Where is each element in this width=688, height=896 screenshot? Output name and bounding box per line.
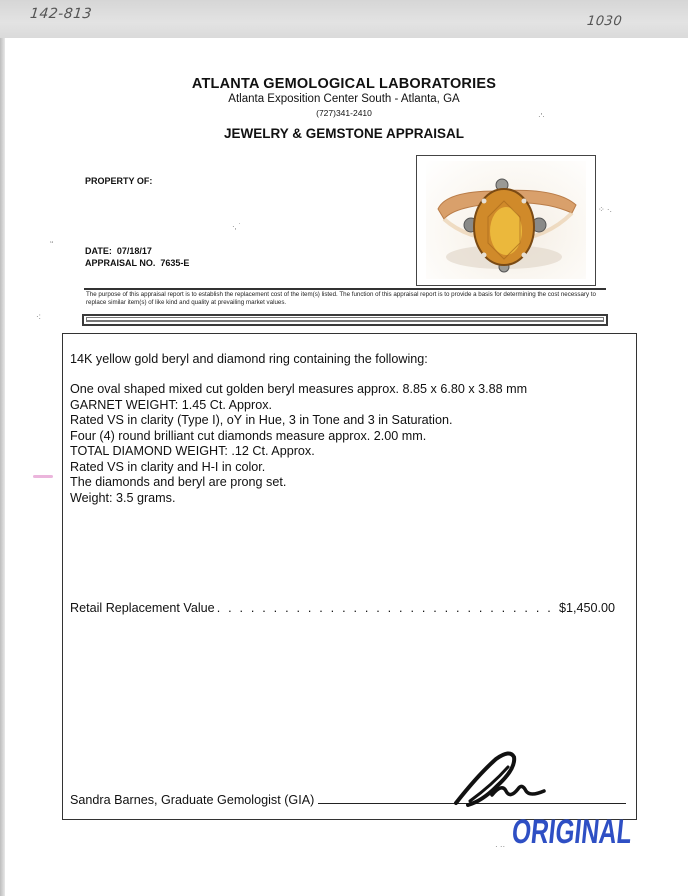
item-description-lines: One oval shaped mixed cut golden beryl m…: [70, 382, 527, 506]
scan-speck: ·:: [36, 312, 41, 321]
value-label: Retail Replacement Value: [70, 601, 215, 615]
scan-left-edge: [0, 38, 5, 896]
dot-leader: . . . . . . . . . . . . . . . . . . . . …: [217, 601, 557, 615]
date-value: 07/18/17: [117, 246, 152, 256]
ring-illustration: [426, 161, 586, 279]
scan-speck: ·‚ ˙: [232, 222, 241, 231]
ring-image: [426, 161, 586, 279]
scan-speck: ·'·: [538, 112, 545, 121]
appraisal-number-field: APPRAISAL NO. 7635-E: [85, 258, 189, 268]
description-line: TOTAL DIAMOND WEIGHT: .12 Ct. Approx.: [70, 444, 527, 460]
description-line: GARNET WEIGHT: 1.45 Ct. Approx.: [70, 398, 527, 414]
value-amount: $1,450.00: [559, 601, 615, 615]
scan-speck: ‘‘: [50, 240, 53, 249]
description-line: One oval shaped mixed cut golden beryl m…: [70, 382, 527, 398]
handwritten-note-right: 1030: [586, 14, 623, 29]
property-of-label: PROPERTY OF:: [85, 176, 152, 186]
handwritten-signature: [448, 745, 558, 815]
company-phone: (727)341-2410: [0, 108, 688, 118]
description-line: Rated VS in clarity and H-I in color.: [70, 460, 527, 476]
scanner-top-strip: [0, 0, 688, 38]
date-field: DATE: 07/18/17: [85, 246, 152, 256]
description-line: The diamonds and beryl are prong set.: [70, 475, 527, 491]
scan-speck: ⁘ ·.: [598, 205, 612, 214]
original-stamp: ORIGINAL: [510, 813, 634, 852]
appraisal-number-label: APPRAISAL NO.: [85, 258, 155, 268]
retail-replacement-value: Retail Replacement Value . . . . . . . .…: [70, 601, 615, 615]
item-photo: [416, 155, 596, 286]
description-line: Rated VS in clarity (Type I), oY in Hue,…: [70, 413, 527, 429]
signer-name: Sandra Barnes, Graduate Gemologist (GIA): [70, 793, 314, 807]
company-address: Atlanta Exposition Center South - Atlant…: [0, 93, 688, 105]
disclaimer-rule: [84, 288, 606, 290]
scan-speck: · ··: [495, 842, 505, 851]
double-rule-bar: [82, 314, 608, 326]
appraisal-number-value: 7635-E: [160, 258, 189, 268]
handwritten-note-left: 142-813: [29, 6, 93, 22]
item-intro: 14K yellow gold beryl and diamond ring c…: [70, 352, 428, 366]
disclaimer-text: The purpose of this appraisal report is …: [86, 291, 606, 307]
description-line: Four (4) round brilliant cut diamonds me…: [70, 429, 527, 445]
scan-pink-mark: [33, 475, 53, 478]
date-label: DATE:: [85, 246, 112, 256]
document-title: JEWELRY & GEMSTONE APPRAISAL: [0, 126, 688, 141]
description-line: Weight: 3.5 grams.: [70, 491, 527, 507]
company-name: ATLANTA GEMOLOGICAL LABORATORIES: [0, 76, 688, 92]
